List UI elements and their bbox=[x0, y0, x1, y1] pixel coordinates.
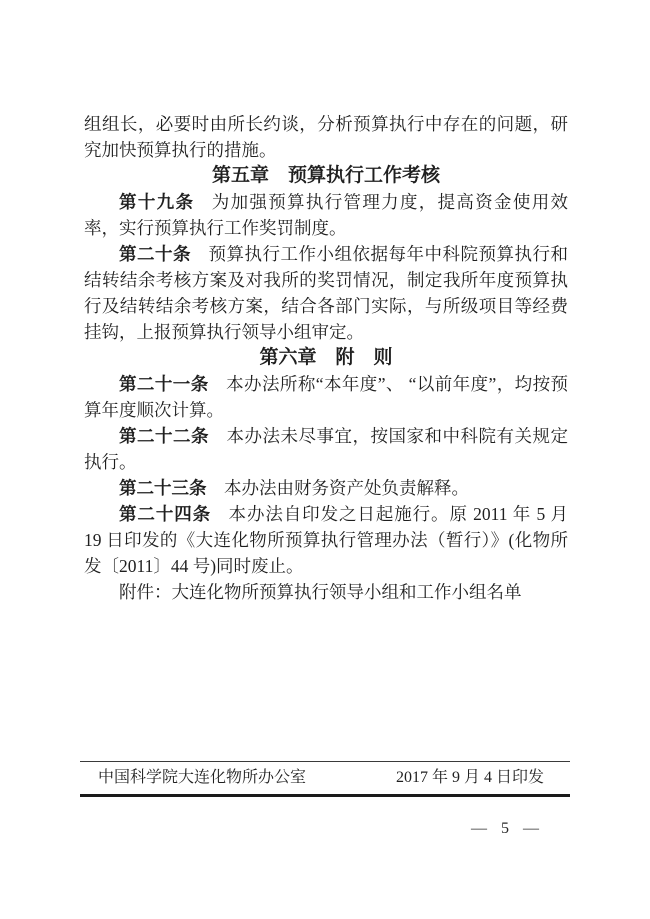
attachment-label: 附件： bbox=[119, 582, 172, 602]
article-21: 第二十一条本办法所称“本年度”、 “以前年度”，均按预算年度顺次计算。 bbox=[84, 371, 568, 423]
article-19: 第十九条为加强预算执行管理力度，提高资金使用效率，实行预算执行工作奖罚制度。 bbox=[84, 189, 568, 241]
document-page: 组组长，必要时由所长约谈，分析预算执行中存在的问题，研究加快预算执行的措施。 第… bbox=[0, 0, 650, 919]
article-24: 第二十四条本办法自印发之日起施行。原 2011 年 5 月 19 日印发的《大连… bbox=[84, 501, 568, 579]
article-24-number: 第二十四条 bbox=[119, 504, 211, 524]
footer-issuer: 中国科学院大连化物所办公室 bbox=[98, 768, 306, 788]
article-23: 第二十三条本办法由财务资产处负责解释。 bbox=[84, 475, 568, 501]
footer: 中国科学院大连化物所办公室 2017 年 9 月 4 日印发 bbox=[80, 761, 570, 797]
chapter-5-heading: 第五章 预算执行工作考核 bbox=[84, 163, 568, 189]
document-body: 组组长，必要时由所长约谈，分析预算执行中存在的问题，研究加快预算执行的措施。 第… bbox=[84, 111, 568, 605]
page-number: — 5 — bbox=[430, 820, 580, 838]
footer-row: 中国科学院大连化物所办公室 2017 年 9 月 4 日印发 bbox=[80, 762, 570, 794]
attachment-title: 大连化物所预算执行领导小组和工作小组名单 bbox=[172, 582, 522, 602]
attachment-line: 附件：大连化物所预算执行领导小组和工作小组名单 bbox=[84, 579, 568, 605]
chapter-6-heading: 第六章 附 则 bbox=[84, 345, 568, 371]
footer-print-date: 2017 年 9 月 4 日印发 bbox=[396, 768, 544, 788]
article-21-number: 第二十一条 bbox=[119, 374, 209, 394]
article-19-number: 第十九条 bbox=[119, 192, 194, 212]
footer-rule-bottom bbox=[80, 794, 570, 797]
article-23-text: 本办法由财务资产处负责解释。 bbox=[224, 478, 469, 498]
article-22-number: 第二十二条 bbox=[119, 426, 209, 446]
article-22: 第二十二条本办法未尽事宜，按国家和中科院有关规定执行。 bbox=[84, 423, 568, 475]
continuation-paragraph: 组组长，必要时由所长约谈，分析预算执行中存在的问题，研究加快预算执行的措施。 bbox=[84, 111, 568, 163]
article-23-number: 第二十三条 bbox=[119, 478, 207, 498]
article-20-number: 第二十条 bbox=[119, 244, 191, 264]
article-20: 第二十条预算执行工作小组依据每年中科院预算执行和结转结余考核方案及对我所的奖罚情… bbox=[84, 241, 568, 345]
